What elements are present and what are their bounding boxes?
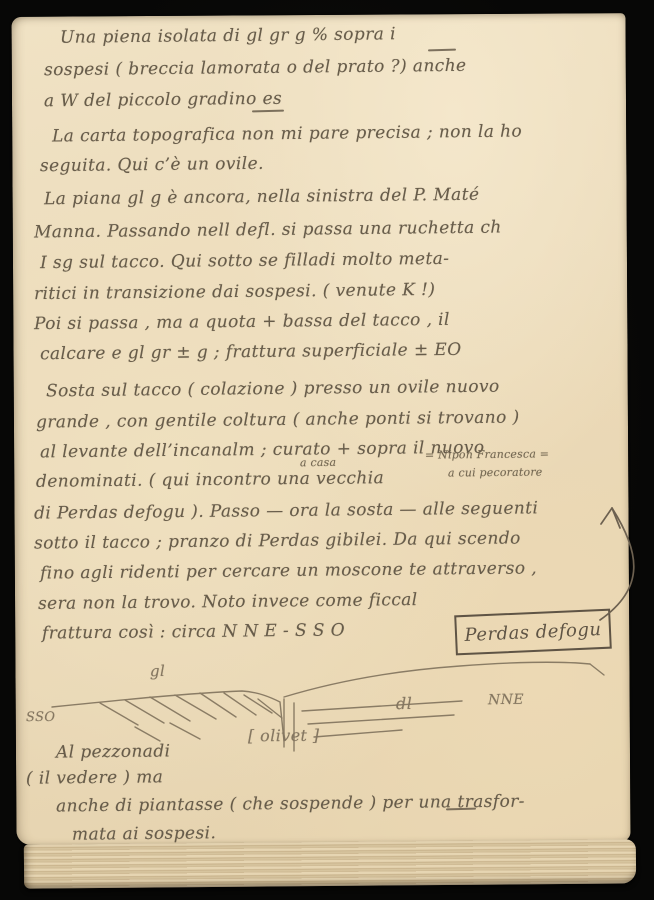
handwriting-line: ritici in transizione dai sospesi. ( ven…: [34, 280, 436, 304]
sketch-label: gl: [150, 662, 165, 680]
scanned-notebook-photo: Perdas defogu Una piena isolata di gl gr…: [0, 0, 654, 900]
handwriting-line: denominati. ( qui incontro una vecchia: [36, 468, 384, 492]
sketch-label: dl: [396, 694, 412, 713]
handwriting-line: Una piena isolata di gl gr g % sopra i: [60, 24, 396, 48]
sketch-label: NNE: [488, 692, 524, 708]
sketch-label: [ olivet ]: [248, 726, 320, 746]
handwriting-line: sera non la trovo. Noto invece come ficc…: [38, 590, 418, 614]
handwriting-annotation: a cui pecoratore: [448, 466, 543, 480]
handwriting-line: frattura così : circa N N E - S S O: [42, 620, 345, 643]
handwriting-line: ( il vedere ) ma: [26, 767, 163, 788]
handwriting-line: seguita. Qui c’è un ovile.: [40, 154, 264, 176]
handwriting-annotation: = Nipon Francesca =: [425, 447, 549, 461]
handwriting-annotation: a casa: [300, 456, 336, 469]
handwriting-line: a W del piccolo gradino es: [44, 89, 282, 111]
handwriting-line: mata ai sospesi.: [72, 823, 216, 845]
handwriting-line: Al pezzonadi: [56, 741, 171, 762]
sketch-label: SSO: [26, 710, 56, 725]
